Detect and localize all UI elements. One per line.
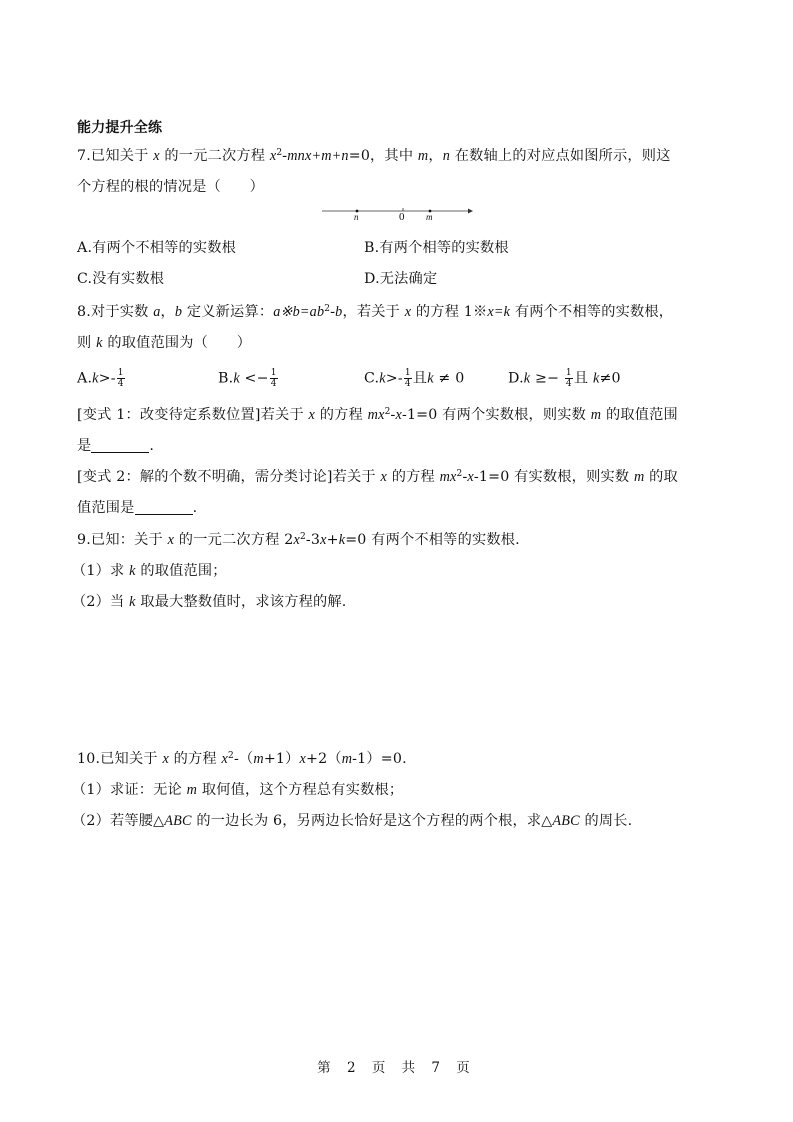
question-10-part-1: （1）求证：无论 m 取何值，这个方程总有实数根； [72,780,403,800]
fraction-one-quarter: 14 [565,368,573,389]
page-footer: 第 2 页 共 7 页 [0,1056,793,1076]
question-8-option-b: B.k <−14 [218,368,279,389]
question-9-part-1: （1）求 k 的取值范围； [72,561,227,581]
number-line-label-zero: 0 [399,211,405,223]
question-8-option-d: D.k ≥− 14且 k≠0 [508,368,621,389]
fraction-one-quarter: 14 [404,368,412,389]
question-10-line-1: 10.已知关于 x 的方程 x2-（m+1）x+2（m-1）=0. [77,749,407,769]
number-line-label-m: m [426,212,433,222]
variant-1-line-2: 是. [77,436,154,456]
section-title: 能力提升全练 [77,118,162,138]
question-8-line-2: 则 k 的取值范围为（ ） [77,333,251,353]
number-line-icon [320,205,475,229]
question-7-line-1: 7.已知关于 x 的一元二次方程 x2-mnx+m+n=0，其中 m，n 在数轴… [77,146,671,166]
number-line-label-n: n [354,212,359,222]
question-8-option-c: C.k>-14且k ≠ 0 [364,368,464,389]
question-7-option-a: A.有两个不相等的实数根 [77,238,236,258]
question-8-option-a: A.k>-14 [77,368,126,389]
number-line-figure: n 0 m [320,205,475,229]
fraction-one-quarter: 14 [117,368,125,389]
variant-2-line-1: [变式 2：解的个数不明确，需分类讨论]若关于 x 的方程 mx2-x-1=0 … [77,467,678,487]
variant-2-line-2: 值范围是. [77,498,197,518]
question-9-part-2: （2）当 k 取最大整数值时，求该方程的解. [72,592,346,612]
question-8-line-1: 8.对于实数 a，b 定义新运算：a※b=ab2-b，若关于 x 的方程 1※x… [77,302,673,322]
question-7-option-c: C.没有实数根 [77,269,164,289]
question-7-option-d: D.无法确定 [364,269,437,289]
question-7-option-b: B.有两个相等的实数根 [364,238,509,258]
variant-1-line-1: [变式 1：改变待定系数位置]若关于 x 的方程 mx2-x-1=0 有两个实数… [77,405,678,425]
question-7-line-2: 个方程的根的情况是（ ） [77,177,264,197]
answer-blank[interactable] [135,500,193,515]
fraction-one-quarter: 14 [270,368,278,389]
question-9-line-1: 9.已知：关于 x 的一元二次方程 2x2-3x+k=0 有两个不相等的实数根. [77,530,520,550]
question-10-part-2: （2）若等腰△ABC 的一边长为 6，另两边长恰好是这个方程的两个根，求△ABC… [72,811,632,831]
answer-blank[interactable] [91,438,149,453]
